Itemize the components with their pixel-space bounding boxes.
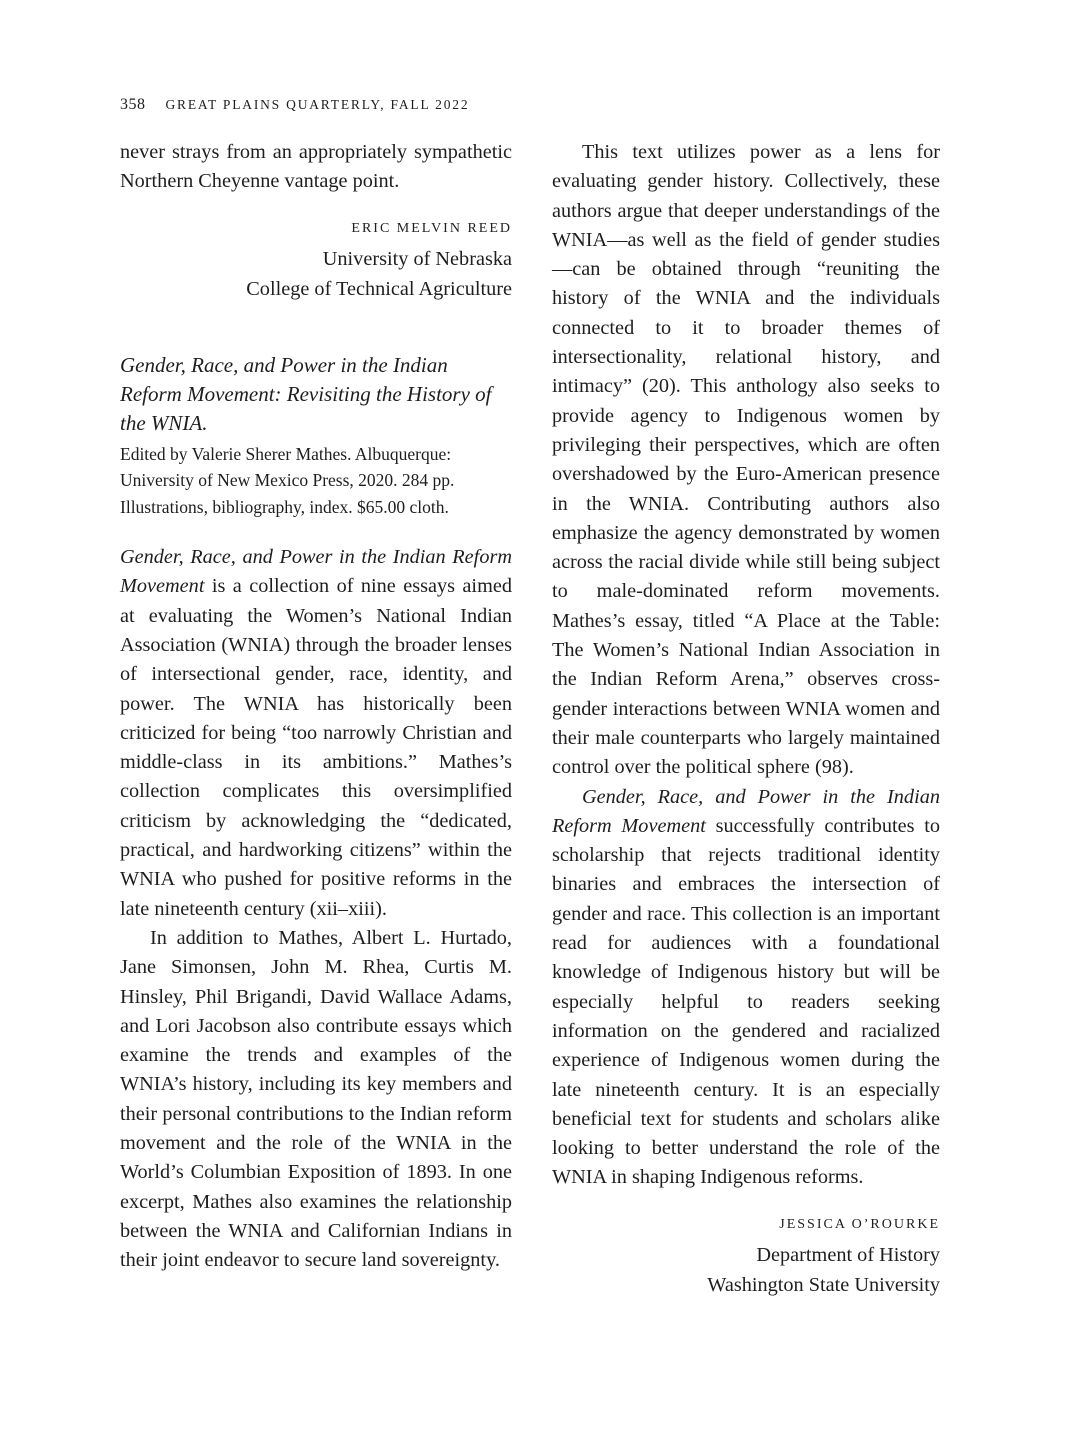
reviewer-affiliation-line: Washington State University (552, 1270, 940, 1300)
review-paragraph-4-text: successfully contributes to scholarship … (552, 815, 940, 1189)
book-imprint-info: Edited by Valerie Sherer Mathes. Albuque… (120, 441, 512, 521)
review-paragraph-3: This text utilizes power as a lens for e… (552, 138, 940, 783)
previous-review-tail-paragraph: never strays from an appropriately sympa… (120, 138, 512, 197)
reviewer-affiliation-line: College of Technical Agriculture (120, 274, 512, 304)
page-number: 358 (120, 96, 146, 113)
journal-page: 358GREAT PLAINS QUARTERLY, FALL 2022 nev… (0, 0, 1080, 1440)
book-title-heading: Gender, Race, and Power in the Indian Re… (120, 351, 512, 438)
right-column: This text utilizes power as a lens for e… (552, 138, 940, 1300)
reviewer-signature-orourke: JESSICA O’ROURKE Department of History W… (552, 1210, 940, 1300)
reviewer-signature-reed: ERIC MELVIN REED University of Nebraska … (120, 214, 512, 304)
journal-title: GREAT PLAINS QUARTERLY, FALL 2022 (166, 97, 470, 112)
review-paragraph-2: In addition to Mathes, Albert L. Hurtado… (120, 924, 512, 1276)
reviewer-affiliation-line: University of Nebraska (120, 244, 512, 274)
review-paragraph-1: Gender, Race, and Power in the Indian Re… (120, 543, 512, 924)
review-paragraph-1-text: is a collection of nine essays aimed at … (120, 575, 512, 919)
review-paragraph-4: Gender, Race, and Power in the Indian Re… (552, 783, 940, 1193)
reviewer-name: JESSICA O’ROURKE (552, 1210, 940, 1240)
reviewer-name: ERIC MELVIN REED (120, 214, 512, 244)
left-column: never strays from an appropriately sympa… (120, 138, 512, 1276)
reviewer-affiliation-line: Department of History (552, 1240, 940, 1270)
running-head: 358GREAT PLAINS QUARTERLY, FALL 2022 (120, 96, 940, 114)
